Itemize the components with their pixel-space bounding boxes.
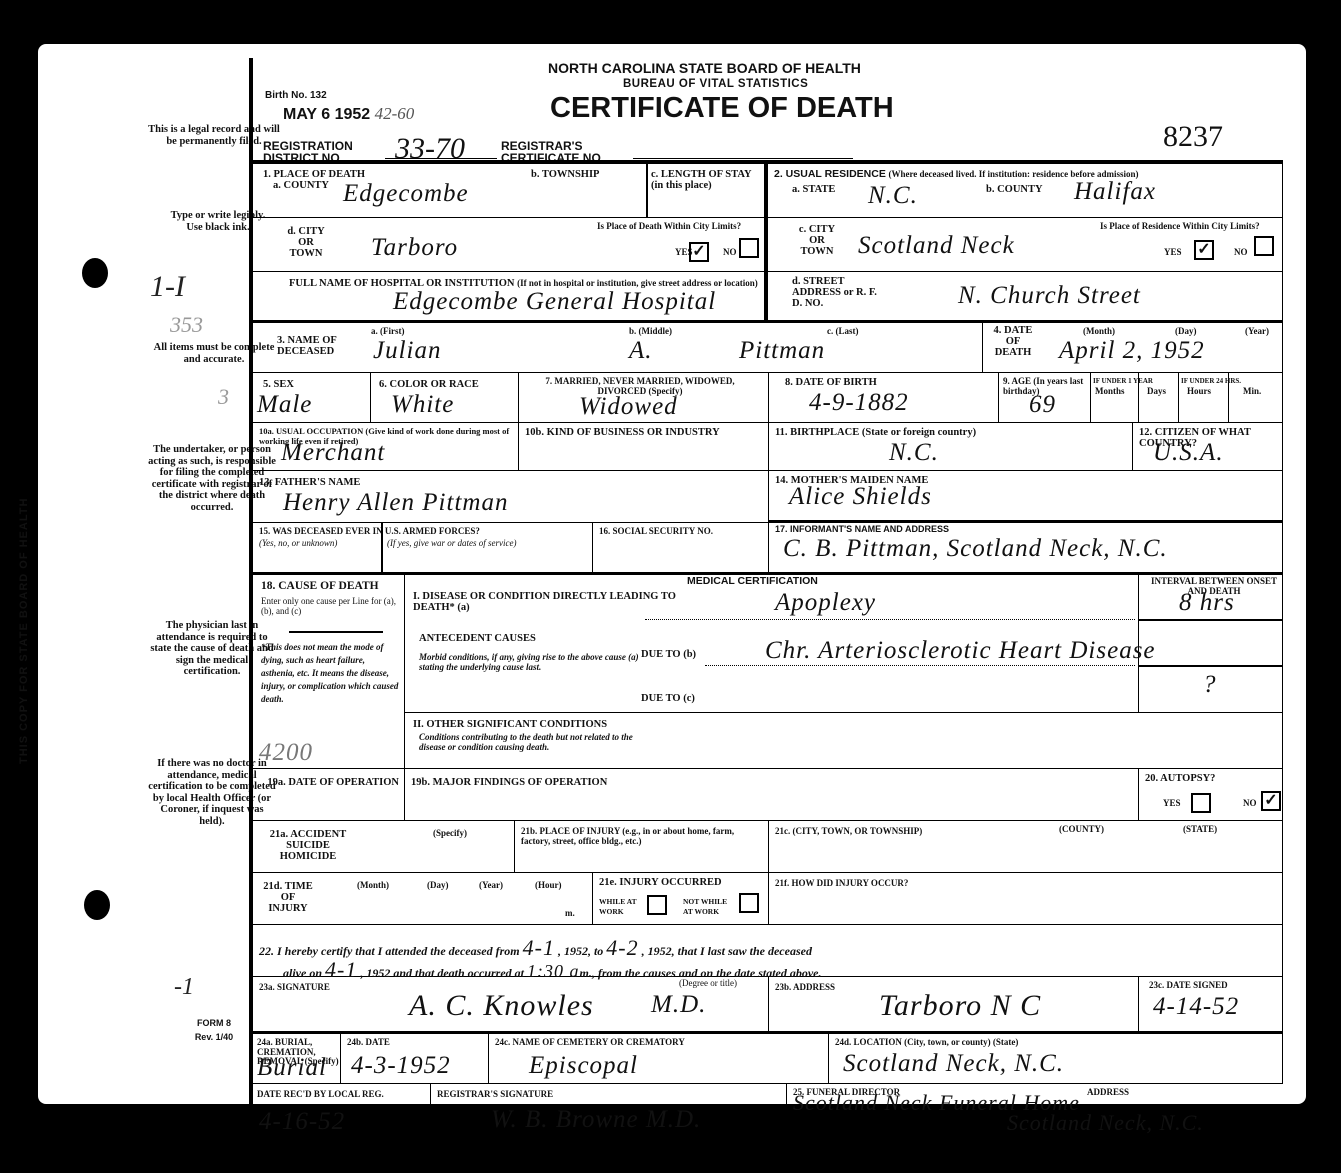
funeral-director-cell: 25. FUNERAL DIRECTOR ADDRESS Scotland Ne… — [787, 1084, 1283, 1140]
citizen-cell: 12. CITIZEN OF WHAT COUNTRY? U.S.A. — [1133, 423, 1283, 471]
place-city-cell: d. CITY OR TOWN Tarboro Is Place of Deat… — [253, 218, 765, 272]
injury-state-label: (STATE) — [1183, 825, 1217, 835]
certificate-number: 8237 — [1163, 120, 1223, 154]
race-value: White — [391, 391, 454, 419]
binder-hole-bottom — [84, 890, 110, 920]
race-label: 6. COLOR OR RACE — [379, 379, 479, 390]
registrar-signature-cell: REGISTRAR'S SIGNATURE W. B. Browne M.D. — [431, 1084, 787, 1140]
ssn-label: 16. SOCIAL SECURITY NO. — [599, 527, 713, 537]
physician-address: Tarboro N C — [879, 989, 1041, 1023]
injury-m-label: m. — [565, 909, 575, 919]
burial-location-value: Scotland Neck, N.C. — [843, 1050, 1064, 1078]
place-county-cell: 1. PLACE OF DEATH a. COUNTY Edgecombe b.… — [253, 164, 765, 218]
father-value: Henry Allen Pittman — [283, 489, 508, 517]
date-signed-cell: 23c. DATE SIGNED 4-14-52 — [1139, 977, 1283, 1033]
other-conditions-note: Conditions contributing to the death but… — [419, 733, 639, 752]
cause-b-value: Chr. Arteriosclerotic Heart Disease — [765, 637, 1156, 665]
age-cell: 9. AGE (In years last birthday) 69 — [999, 373, 1091, 423]
death-within-limits-yes-checkbox[interactable]: ✓ — [689, 242, 709, 262]
autopsy-label: 20. AUTOPSY? — [1145, 773, 1215, 784]
injury-type-cell: 21a. ACCIDENT SUICIDE HOMICIDE (Specify) — [253, 821, 515, 873]
burial-date-cell: 24b. DATE 4-3-1952 — [341, 1034, 489, 1084]
mother-value: Alice Shields — [789, 483, 932, 511]
death-certificate-form: NORTH CAROLINA STATE BOARD OF HEALTH BUR… — [253, 58, 1283, 1098]
while-at-work-label: WHILE AT WORK — [599, 897, 641, 916]
birth-number: Birth No. 132 — [265, 90, 327, 101]
informant-value: C. B. Pittman, Scotland Neck, N.C. — [783, 535, 1168, 563]
hours-cell: IF UNDER 24 HRS. Hours — [1179, 373, 1229, 423]
cause-code: 4200 — [259, 739, 313, 767]
burial-location-label: 24d. LOCATION (City, town, or county) (S… — [835, 1038, 1018, 1048]
disposition-cell: 24a. BURIAL, CREMATION, REMOVAL (Specify… — [253, 1034, 341, 1084]
divider — [646, 164, 648, 218]
disposition-value: Burial — [257, 1054, 327, 1082]
sex-value: Male — [257, 391, 312, 419]
antecedent-note: Morbid conditions, if any, giving rise t… — [419, 653, 639, 672]
interval-b-value: ? — [1203, 671, 1217, 699]
injury-occurred-label: 21e. INJURY OCCURRED — [599, 877, 722, 888]
rule — [289, 631, 383, 633]
operation-date-label: 19a. DATE OF OPERATION — [261, 777, 399, 788]
operation-findings-label: 19b. MAJOR FINDINGS OF OPERATION — [411, 777, 607, 788]
operation-date-cell: 19a. DATE OF OPERATION — [253, 769, 405, 821]
while-at-work-checkbox[interactable] — [647, 895, 667, 915]
days-label: Days — [1147, 387, 1166, 397]
injury-place-label: 21b. PLACE OF INJURY (e.g., in or about … — [521, 827, 765, 846]
months-cell: IF UNDER 1 YEAR Months — [1091, 373, 1139, 423]
injury-city-label: 21c. (CITY, TOWN, OR TOWNSHIP) — [775, 827, 922, 837]
sex-label: 5. SEX — [263, 379, 294, 390]
rule — [705, 665, 1135, 666]
length-of-stay-label: c. LENGTH OF STAY (in this place) — [651, 169, 763, 191]
cause-of-death-cell: 18. CAUSE OF DEATH Enter only one cause … — [253, 575, 405, 769]
injury-place-cell: 21b. PLACE OF INJURY (e.g., in or about … — [515, 821, 769, 873]
res-no-label: NO — [1234, 248, 1248, 258]
birthplace-cell: 11. BIRTHPLACE (State or foreign country… — [769, 423, 1133, 471]
armed-note-2: (If yes, give war or dates of service) — [387, 539, 516, 549]
marital-cell: 7. MARRIED, NEVER MARRIED, WIDOWED, DIVO… — [519, 373, 769, 423]
cause-note: Enter only one cause per Line for (a), (… — [261, 597, 401, 616]
dob-value: 4-9-1882 — [809, 389, 909, 417]
residence-within-limits-no-checkbox[interactable] — [1254, 236, 1274, 256]
due-c-label: DUE TO (c) — [641, 693, 695, 704]
dod-month-label: (Month) — [1083, 327, 1115, 337]
occupation-cell: 10a. USUAL OCCUPATION (Give kind of work… — [253, 423, 519, 471]
date-received-cell: DATE REC'D BY LOCAL REG. 4-16-52 — [253, 1084, 431, 1140]
autopsy-yes-checkbox[interactable] — [1191, 793, 1211, 813]
antecedent-label: ANTECEDENT CAUSES — [419, 633, 536, 644]
armed-forces-cell: 15. WAS DECEASED EVER IN U.S. ARMED FORC… — [253, 523, 593, 573]
vertical-copy-label: THIS COPY FOR STATE BOARD OF HEALTH — [18, 464, 30, 764]
burial-date-label: 24b. DATE — [347, 1038, 390, 1048]
signature-cell: 23a. SIGNATURE (Degree or title) A. C. K… — [253, 977, 769, 1033]
armed-forces-label: 15. WAS DECEASED EVER IN U.S. ARMED FORC… — [259, 527, 480, 537]
informant-cell: 17. INFORMANT'S NAME AND ADDRESS C. B. P… — [769, 523, 1283, 573]
injury-how-cell: 21f. HOW DID INJURY OCCUR? — [769, 873, 1283, 925]
other-conditions-cell: II. OTHER SIGNIFICANT CONDITIONS Conditi… — [405, 713, 1283, 769]
injury-county-label: (COUNTY) — [1059, 825, 1104, 835]
residence-street-value: N. Church Street — [958, 282, 1141, 310]
pencil-mark-3: 3 — [218, 384, 229, 410]
residence-county-value: Halifax — [1074, 178, 1156, 206]
date-received-label: DATE REC'D BY LOCAL REG. — [257, 1090, 417, 1100]
injury-how-label: 21f. HOW DID INJURY OCCUR? — [775, 879, 908, 889]
no-label: NO — [723, 248, 737, 258]
business-label: 10b. KIND OF BUSINESS OR INDUSTRY — [525, 427, 761, 438]
occupation-value: Merchant — [281, 439, 385, 467]
injury-time-label: 21d. TIME OF INJURY — [263, 881, 313, 914]
date-signed-label: 23c. DATE SIGNED — [1149, 981, 1228, 991]
deceased-name-cell: 3. NAME OF DECEASED a. (First) Julian b.… — [253, 323, 983, 373]
death-within-limits-no-checkbox[interactable] — [739, 238, 759, 258]
disease-cell: I. DISEASE OR CONDITION DIRECTLY LEADING… — [405, 575, 1139, 713]
certification-cell: 22. I hereby certify that I attended the… — [253, 925, 1283, 977]
injury-hour-label: (Hour) — [535, 881, 562, 891]
other-conditions-label: II. OTHER SIGNIFICANT CONDITIONS — [413, 719, 607, 730]
dob-label: 8. DATE OF BIRTH — [785, 377, 877, 388]
marital-value: Widowed — [579, 393, 678, 421]
dod-day-label: (Day) — [1175, 327, 1197, 337]
operation-findings-cell: 19b. MAJOR FINDINGS OF OPERATION — [405, 769, 1139, 821]
middle-label: b. (Middle) — [629, 327, 672, 337]
degree-label: (Degree or title) — [679, 979, 737, 989]
rule — [645, 619, 1135, 620]
within-limits-label: Is Place of Death Within City Limits? — [597, 222, 761, 232]
date-received-value: 4-16-52 — [259, 1108, 345, 1136]
disease-label: I. DISEASE OR CONDITION DIRECTLY LEADING… — [413, 591, 713, 613]
binder-hole-top — [82, 258, 108, 288]
cause-footnote: *This does not mean the mode of dying, s… — [261, 641, 399, 706]
physician-degree: M.D. — [651, 991, 706, 1019]
armed-note-1: (Yes, no, or unknown) — [259, 539, 337, 549]
divider — [381, 523, 383, 573]
residence-street-cell: d. STREET ADDRESS or R. F. D. NO. N. Chu… — [765, 272, 1283, 322]
hospital-cell: FULL NAME OF HOSPITAL OR INSTITUTION (If… — [253, 272, 765, 322]
last-name-value: Pittman — [739, 337, 825, 365]
birthplace-label: 11. BIRTHPLACE (State or foreign country… — [775, 427, 976, 438]
injury-day-label: (Day) — [427, 881, 449, 891]
rule — [1139, 665, 1283, 667]
race-cell: 6. COLOR OR RACE White — [371, 373, 519, 423]
injury-occurred-cell: 21e. INJURY OCCURRED WHILE AT WORK NOT W… — [593, 873, 769, 925]
physician-address-cell: 23b. ADDRESS Tarboro N C — [769, 977, 1139, 1033]
days-cell: Days — [1139, 373, 1179, 423]
hours-label: Hours — [1187, 387, 1211, 397]
not-while-at-work-label: NOT WHILE AT WORK — [683, 897, 733, 916]
pencil-mark-4: -1 — [174, 974, 194, 1001]
rule — [1139, 619, 1283, 621]
funeral-address-value: Scotland Neck, N.C. — [1007, 1110, 1204, 1136]
township-label: b. TOWNSHIP — [531, 169, 599, 180]
residence-state-value: N.C. — [868, 182, 918, 210]
registrar-cert-line — [633, 158, 853, 159]
residence-city-cell: c. CITY OR TOWN Scotland Neck Is Place o… — [765, 218, 1283, 272]
first-name-value: Julian — [373, 337, 442, 365]
pencil-mark-1: 1-I — [150, 270, 185, 304]
cemetery-label: 24c. NAME OF CEMETERY OR CREMATORY — [495, 1038, 685, 1048]
citizen-value: U.S.A. — [1153, 439, 1224, 467]
last-label: c. (Last) — [827, 327, 859, 337]
death-county-value: Edgecombe — [343, 180, 469, 208]
autopsy-cell: 20. AUTOPSY? YES NO ✓ — [1139, 769, 1283, 821]
dod-label: 4. DATE OF DEATH — [989, 325, 1037, 358]
birthplace-value: N.C. — [889, 439, 939, 467]
months-label: Months — [1095, 387, 1125, 397]
injury-type-label: 21a. ACCIDENT SUICIDE HOMICIDE — [263, 829, 353, 862]
interval-a-value: 8 hrs — [1179, 589, 1235, 617]
residence-state-cell: 2. USUAL RESIDENCE (Where deceased lived… — [765, 164, 1283, 218]
agency-title: NORTH CAROLINA STATE BOARD OF HEALTH — [548, 60, 861, 76]
residence-within-limits-yes-checkbox[interactable]: ✓ — [1194, 240, 1214, 260]
res-city-label: c. CITY OR TOWN — [792, 224, 842, 257]
county-label: a. COUNTY — [273, 180, 329, 191]
stamp-handwritten: 42-60 — [375, 104, 415, 123]
middle-name-value: A. — [629, 337, 653, 365]
informant-label: 17. INFORMANT'S NAME AND ADDRESS — [775, 525, 949, 535]
date-of-death-value: April 2, 1952 — [1059, 337, 1205, 365]
street-label: d. STREET ADDRESS or R. F. D. NO. — [792, 276, 882, 309]
injury-city-cell: 21c. (CITY, TOWN, OR TOWNSHIP) (COUNTY) … — [769, 821, 1283, 873]
reg-district-line — [385, 158, 497, 159]
cemetery-value: Episcopal — [529, 1052, 638, 1080]
burial-location-cell: 24d. LOCATION (City, town, or county) (S… — [829, 1034, 1283, 1084]
injury-time-cell: 21d. TIME OF INJURY (Month) (Day) (Year)… — [253, 873, 593, 925]
min-cell: Min. — [1229, 373, 1283, 423]
instruction-stub: This is a legal record and will be perma… — [38, 44, 250, 1104]
signature-label: 23a. SIGNATURE — [259, 983, 330, 993]
cause-label: 18. CAUSE OF DEATH — [261, 581, 379, 592]
mother-cell: 14. MOTHER'S MAIDEN NAME Alice Shields — [769, 471, 1283, 523]
injury-month-label: (Month) — [357, 881, 389, 891]
bureau-title: BUREAU OF VITAL STATISTICS — [623, 78, 808, 90]
registrar-signature-value: W. B. Browne M.D. — [491, 1106, 701, 1134]
father-label: 13. FATHER'S NAME — [259, 477, 360, 488]
hospital-value: Edgecombe General Hospital — [393, 288, 716, 316]
autopsy-no-checkbox[interactable]: ✓ — [1261, 791, 1281, 811]
name-label: 3. NAME OF DECEASED — [277, 335, 357, 357]
received-stamp: MAY 6 1952 42-60 — [283, 104, 414, 124]
min-label: Min. — [1243, 387, 1261, 397]
residence-city-value: Scotland Neck — [858, 232, 1015, 260]
not-while-at-work-checkbox[interactable] — [739, 893, 759, 913]
due-b-label: DUE TO (b) — [641, 649, 696, 660]
date-signed-value: 4-14-52 — [1153, 993, 1239, 1021]
death-city-value: Tarboro — [371, 234, 458, 262]
funeral-address-label: ADDRESS — [1087, 1088, 1129, 1098]
certificate-title: CERTIFICATE OF DEATH — [550, 92, 894, 125]
pencil-mark-2: 353 — [170, 312, 203, 338]
form-grid: 1. PLACE OF DEATH a. COUNTY Edgecombe b.… — [253, 160, 1283, 1102]
place-of-death-label: 1. PLACE OF DEATH — [263, 169, 365, 180]
sex-cell: 5. SEX Male — [253, 373, 371, 423]
father-cell: 13. FATHER'S NAME Henry Allen Pittman — [253, 471, 769, 523]
specify-label: (Specify) — [433, 829, 467, 839]
physician-signature: A. C. Knowles — [409, 989, 594, 1023]
res-within-limits-label: Is Place of Residence Within City Limits… — [1100, 222, 1280, 232]
cause-a-value: Apoplexy — [775, 589, 876, 617]
dob-cell: 8. DATE OF BIRTH 4-9-1882 — [769, 373, 999, 423]
business-cell: 10b. KIND OF BUSINESS OR INDUSTRY — [519, 423, 769, 471]
address-label: 23b. ADDRESS — [775, 983, 835, 993]
res-county-label: b. COUNTY — [986, 184, 1043, 195]
date-of-death-cell: 4. DATE OF DEATH (Month) (Day) (Year) Ap… — [983, 323, 1283, 373]
state-label: a. STATE — [792, 184, 835, 195]
stamp-date: MAY 6 1952 — [283, 106, 370, 123]
cemetery-cell: 24c. NAME OF CEMETERY OR CREMATORY Episc… — [489, 1034, 829, 1084]
injury-year-label: (Year) — [479, 881, 503, 891]
age-value: 69 — [1029, 391, 1056, 419]
ssn-cell: 16. SOCIAL SECURITY NO. — [593, 523, 769, 573]
res-yes-label: YES — [1164, 248, 1182, 258]
burial-date-value: 4-3-1952 — [351, 1052, 451, 1080]
interval-cell: INTERVAL BETWEEN ONSET AND DEATH 8 hrs ? — [1139, 575, 1283, 713]
first-label: a. (First) — [371, 327, 405, 337]
registrar-signature-label: REGISTRAR'S SIGNATURE — [437, 1090, 553, 1100]
dod-year-label: (Year) — [1245, 327, 1269, 337]
city-label: d. CITY OR TOWN — [281, 226, 331, 259]
